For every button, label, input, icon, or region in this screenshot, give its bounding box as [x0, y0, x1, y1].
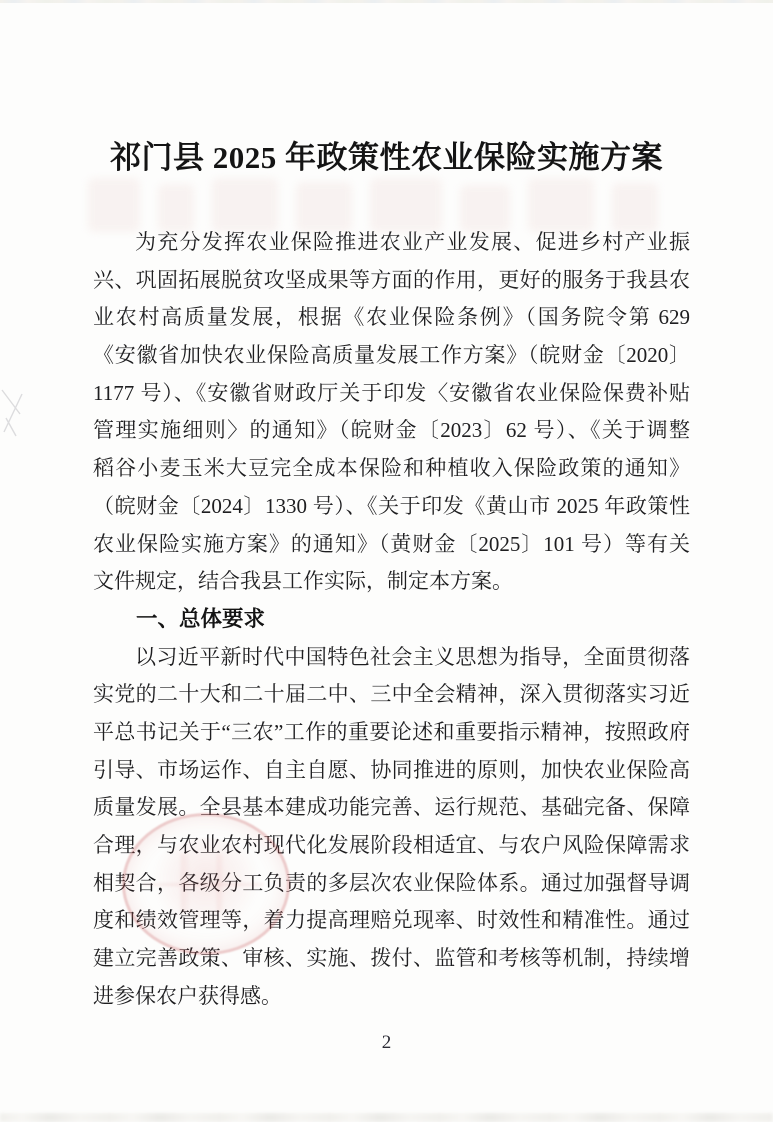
body-line: 业农村高质量发展，根据《农业保险条例》（国务院令第 629 号）、: [93, 299, 690, 337]
body-line: 农业保险实施方案》的通知》（黄财金〔2025〕101 号）等有关: [93, 526, 690, 564]
body-line: 为充分发挥农业保险推进农业产业发展、促进乡村产业振: [93, 224, 690, 262]
body-line: 文件规定，结合我县工作实际，制定本方案。: [93, 563, 690, 601]
page-number: 2: [0, 1032, 773, 1054]
body-line: 度和绩效管理等，着力提高理赔兑现率、时效性和精准性。通过: [93, 902, 690, 940]
scanned-document-page: 祁门县 2025 年政策性农业保险实施方案 为充分发挥农业保险推进农业产业发展、…: [0, 0, 773, 1122]
body-line: 相契合，各级分工负责的多层次农业保险体系。通过加强督导调: [93, 865, 690, 903]
body-line: 质量发展。全县基本建成功能完善、运行规范、基础完备、保障: [93, 789, 690, 827]
body-line: 稻谷小麦玉米大豆完全成本保险和种植收入保险政策的通知》: [93, 450, 690, 488]
scan-edge-artifact-bottom: [0, 1113, 773, 1122]
body-line: 1177 号）、《安徽省财政厅关于印发〈安徽省农业保险保费补贴: [93, 375, 690, 413]
body-line: 平总书记关于“三农”工作的重要论述和重要指示精神，按照政府: [93, 714, 690, 752]
body-line: （皖财金〔2024〕1330 号）、《关于印发《黄山市 2025 年政策性: [93, 488, 690, 526]
body-line: 管理实施细则〉的通知》（皖财金〔2023〕62 号）、《关于调整: [93, 412, 690, 450]
body-line: 合理，与农业农村现代化发展阶段相适宜、与农户风险保障需求: [93, 827, 690, 865]
left-edge-scan-mark: [0, 388, 26, 438]
document-body: 为充分发挥农业保险推进农业产业发展、促进乡村产业振兴、巩固拓展脱贫攻坚成果等方面…: [93, 224, 690, 1015]
section-heading: 一、总体要求: [93, 601, 690, 639]
body-line: 实党的二十大和二十届二中、三中全会精神，深入贯彻落实习近: [93, 676, 690, 714]
body-line: 以习近平新时代中国特色社会主义思想为指导，全面贯彻落: [93, 639, 690, 677]
body-line: 建立完善政策、审核、实施、拨付、监管和考核等机制，持续增: [93, 940, 690, 978]
document-title: 祁门县 2025 年政策性农业保险实施方案: [0, 132, 773, 177]
body-line: 进参保农户获得感。: [93, 978, 690, 1016]
body-line: 引导、市场运作、自主自愿、协同推进的原则，加快农业保险高: [93, 752, 690, 790]
body-line: 兴、巩固拓展脱贫攻坚成果等方面的作用，更好的服务于我县农: [93, 262, 690, 300]
body-line: 《安徽省加快农业保险高质量发展工作方案》（皖财金〔2020〕: [93, 337, 690, 375]
scan-edge-artifact-top: [0, 0, 773, 3]
